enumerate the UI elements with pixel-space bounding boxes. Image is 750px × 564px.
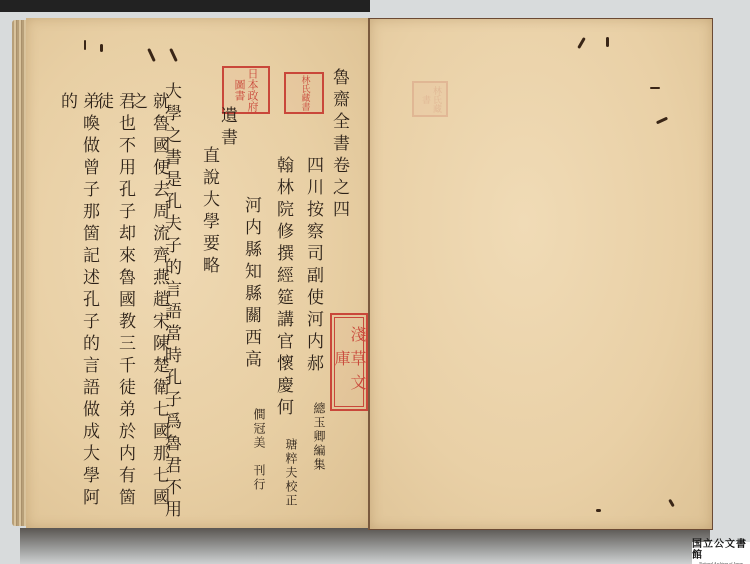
chapter-title: 直說大學要略: [198, 146, 220, 278]
wormhole: [577, 37, 586, 49]
chapter-prefix: 遺書: [216, 106, 238, 150]
body-column-4: 弟喚做曾子那箇記述孔子的言語做成大學阿的: [56, 92, 100, 528]
annotation-publish: 刊行: [248, 464, 270, 492]
seal-asakusa-bunko: 淺草文庫: [330, 313, 368, 411]
column-editor: 四川按察司副使河内郝: [302, 156, 324, 376]
wormhole: [596, 509, 601, 512]
column-proofreader: 翰林院修撰經筵講官懷慶何: [272, 156, 294, 420]
volume-title: 魯齋全書卷之四: [328, 68, 350, 222]
annotation-editor: 總玉卿編集: [308, 402, 330, 472]
wormhole: [169, 48, 178, 62]
wormhole: [668, 499, 675, 507]
wormhole: [606, 37, 609, 47]
book-shadow: [20, 528, 710, 564]
archives-watermark: 国立公文書館 National Archives of Japan: [692, 542, 750, 564]
left-page: 日本政府圖書 林氏藏書 魯齋全書卷之四 四川按察司副使河内郝 總玉卿編集 翰林院…: [26, 18, 375, 528]
annotation-publisher: 僴冠美: [248, 408, 270, 450]
right-page: 淺草文庫 林氏藏書: [368, 18, 713, 530]
annotation-proofreader: 瑭粹夫校正: [280, 438, 302, 508]
wormhole: [656, 117, 668, 125]
column-publisher: 河内縣知縣關西高: [240, 196, 262, 372]
wormhole: [650, 87, 660, 89]
seal-hayashi-zosho: 林氏藏書: [284, 72, 324, 114]
seal-hayashi-zosho-offset: 林氏藏書: [412, 81, 448, 117]
watermark-ja: 国立公文書館: [692, 539, 750, 561]
wormhole: [100, 44, 103, 52]
wormhole: [84, 40, 86, 50]
dark-frame-edge: [0, 0, 370, 12]
wormhole: [147, 48, 156, 62]
open-book: 日本政府圖書 林氏藏書 魯齋全書卷之四 四川按察司副使河内郝 總玉卿編集 翰林院…: [12, 18, 714, 530]
